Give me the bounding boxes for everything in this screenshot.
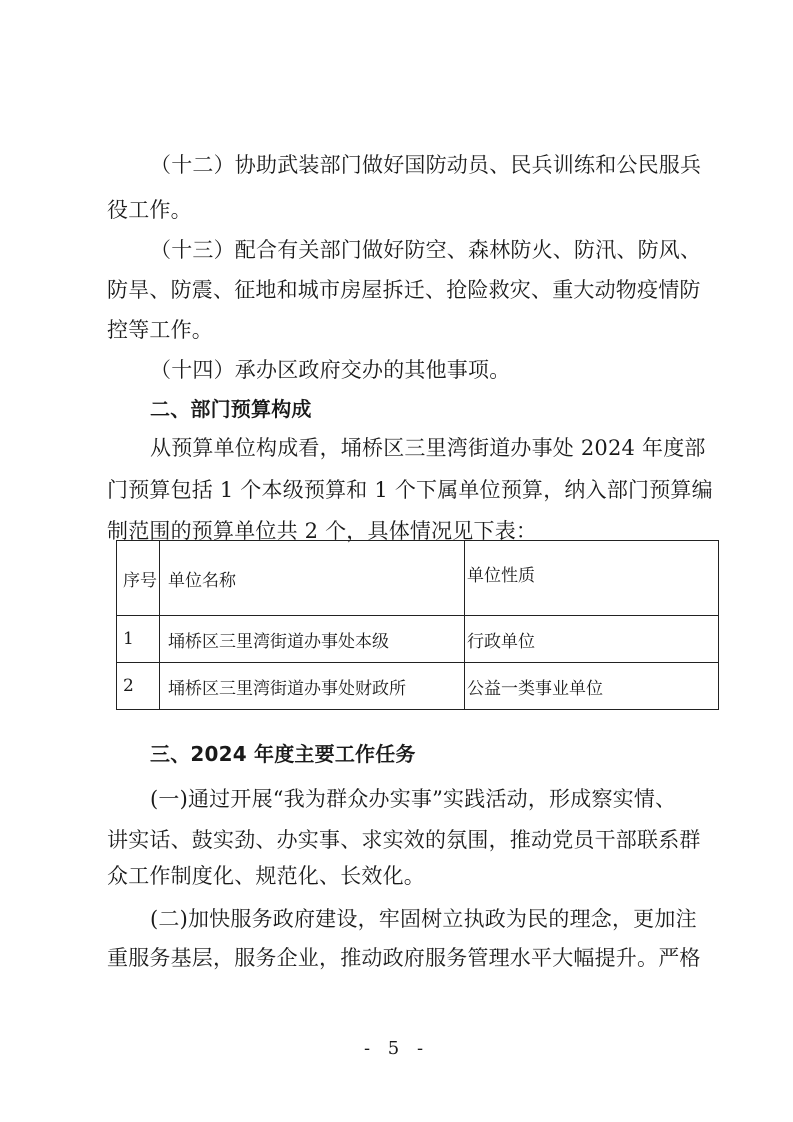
table-cell: 埇桥区三里湾街道办事处本级 (160, 616, 465, 663)
paragraph-line: 众工作制度化、规范化、长效化。 (107, 862, 425, 890)
paragraph-line: 重服务基层，服务企业，推动政府服务管理水平大幅提升。严格 (107, 944, 701, 972)
table-cell: 埇桥区三里湾街道办事处财政所 (160, 663, 465, 710)
table-header-cell: 单位名称 (160, 541, 465, 616)
paragraph-line: 役工作。 (107, 196, 192, 224)
paragraph-line: 从预算单位构成看，埇桥区三里湾街道办事处 2024 年度部 (150, 434, 706, 462)
table-header-cell: 序号 (117, 541, 160, 616)
paragraph-line: （十二）协助武装部门做好国防动员、民兵训练和公民服兵 (150, 151, 701, 179)
table-header-cell: 单位性质 (465, 541, 719, 616)
section-heading: 三、2024 年度主要工作任务 (150, 740, 416, 768)
table-header-row: 序号 单位名称 单位性质 (117, 541, 719, 616)
paragraph-line: 防旱、防震、征地和城市房屋拆迁、抢险救灾、重大动物疫情防 (107, 276, 701, 304)
table-cell: 公益一类事业单位 (465, 663, 719, 710)
table-row: 2 埇桥区三里湾街道办事处财政所 公益一类事业单位 (117, 663, 719, 710)
budget-units-table: 序号 单位名称 单位性质 1 埇桥区三里湾街道办事处本级 行政单位 2 埇桥区三… (116, 540, 719, 710)
paragraph-line: （十四）承办区政府交办的其他事项。 (150, 356, 510, 384)
table-row: 1 埇桥区三里湾街道办事处本级 行政单位 (117, 616, 719, 663)
page-number: - 5 - (0, 1038, 793, 1059)
paragraph-line: （十三）配合有关部门做好防空、森林防火、防汛、防风、 (150, 236, 701, 264)
paragraph-line: (一)通过开展“我为群众办实事”实践活动，形成察实情、 (150, 785, 676, 813)
paragraph-line: 控等工作。 (107, 316, 213, 344)
section-heading: 二、部门预算构成 (150, 395, 312, 423)
table-cell: 1 (117, 616, 160, 663)
paragraph-line: 讲实话、鼓实劲、办实事、求实效的氛围，推动党员干部联系群 (107, 826, 701, 854)
table-cell: 行政单位 (465, 616, 719, 663)
paragraph-line: 门预算包括 1 个本级预算和 1 个下属单位预算，纳入部门预算编 (107, 476, 713, 504)
paragraph-line: (二)加快服务政府建设，牢固树立执政为民的理念，更加注 (150, 905, 697, 933)
table-cell: 2 (117, 663, 160, 710)
